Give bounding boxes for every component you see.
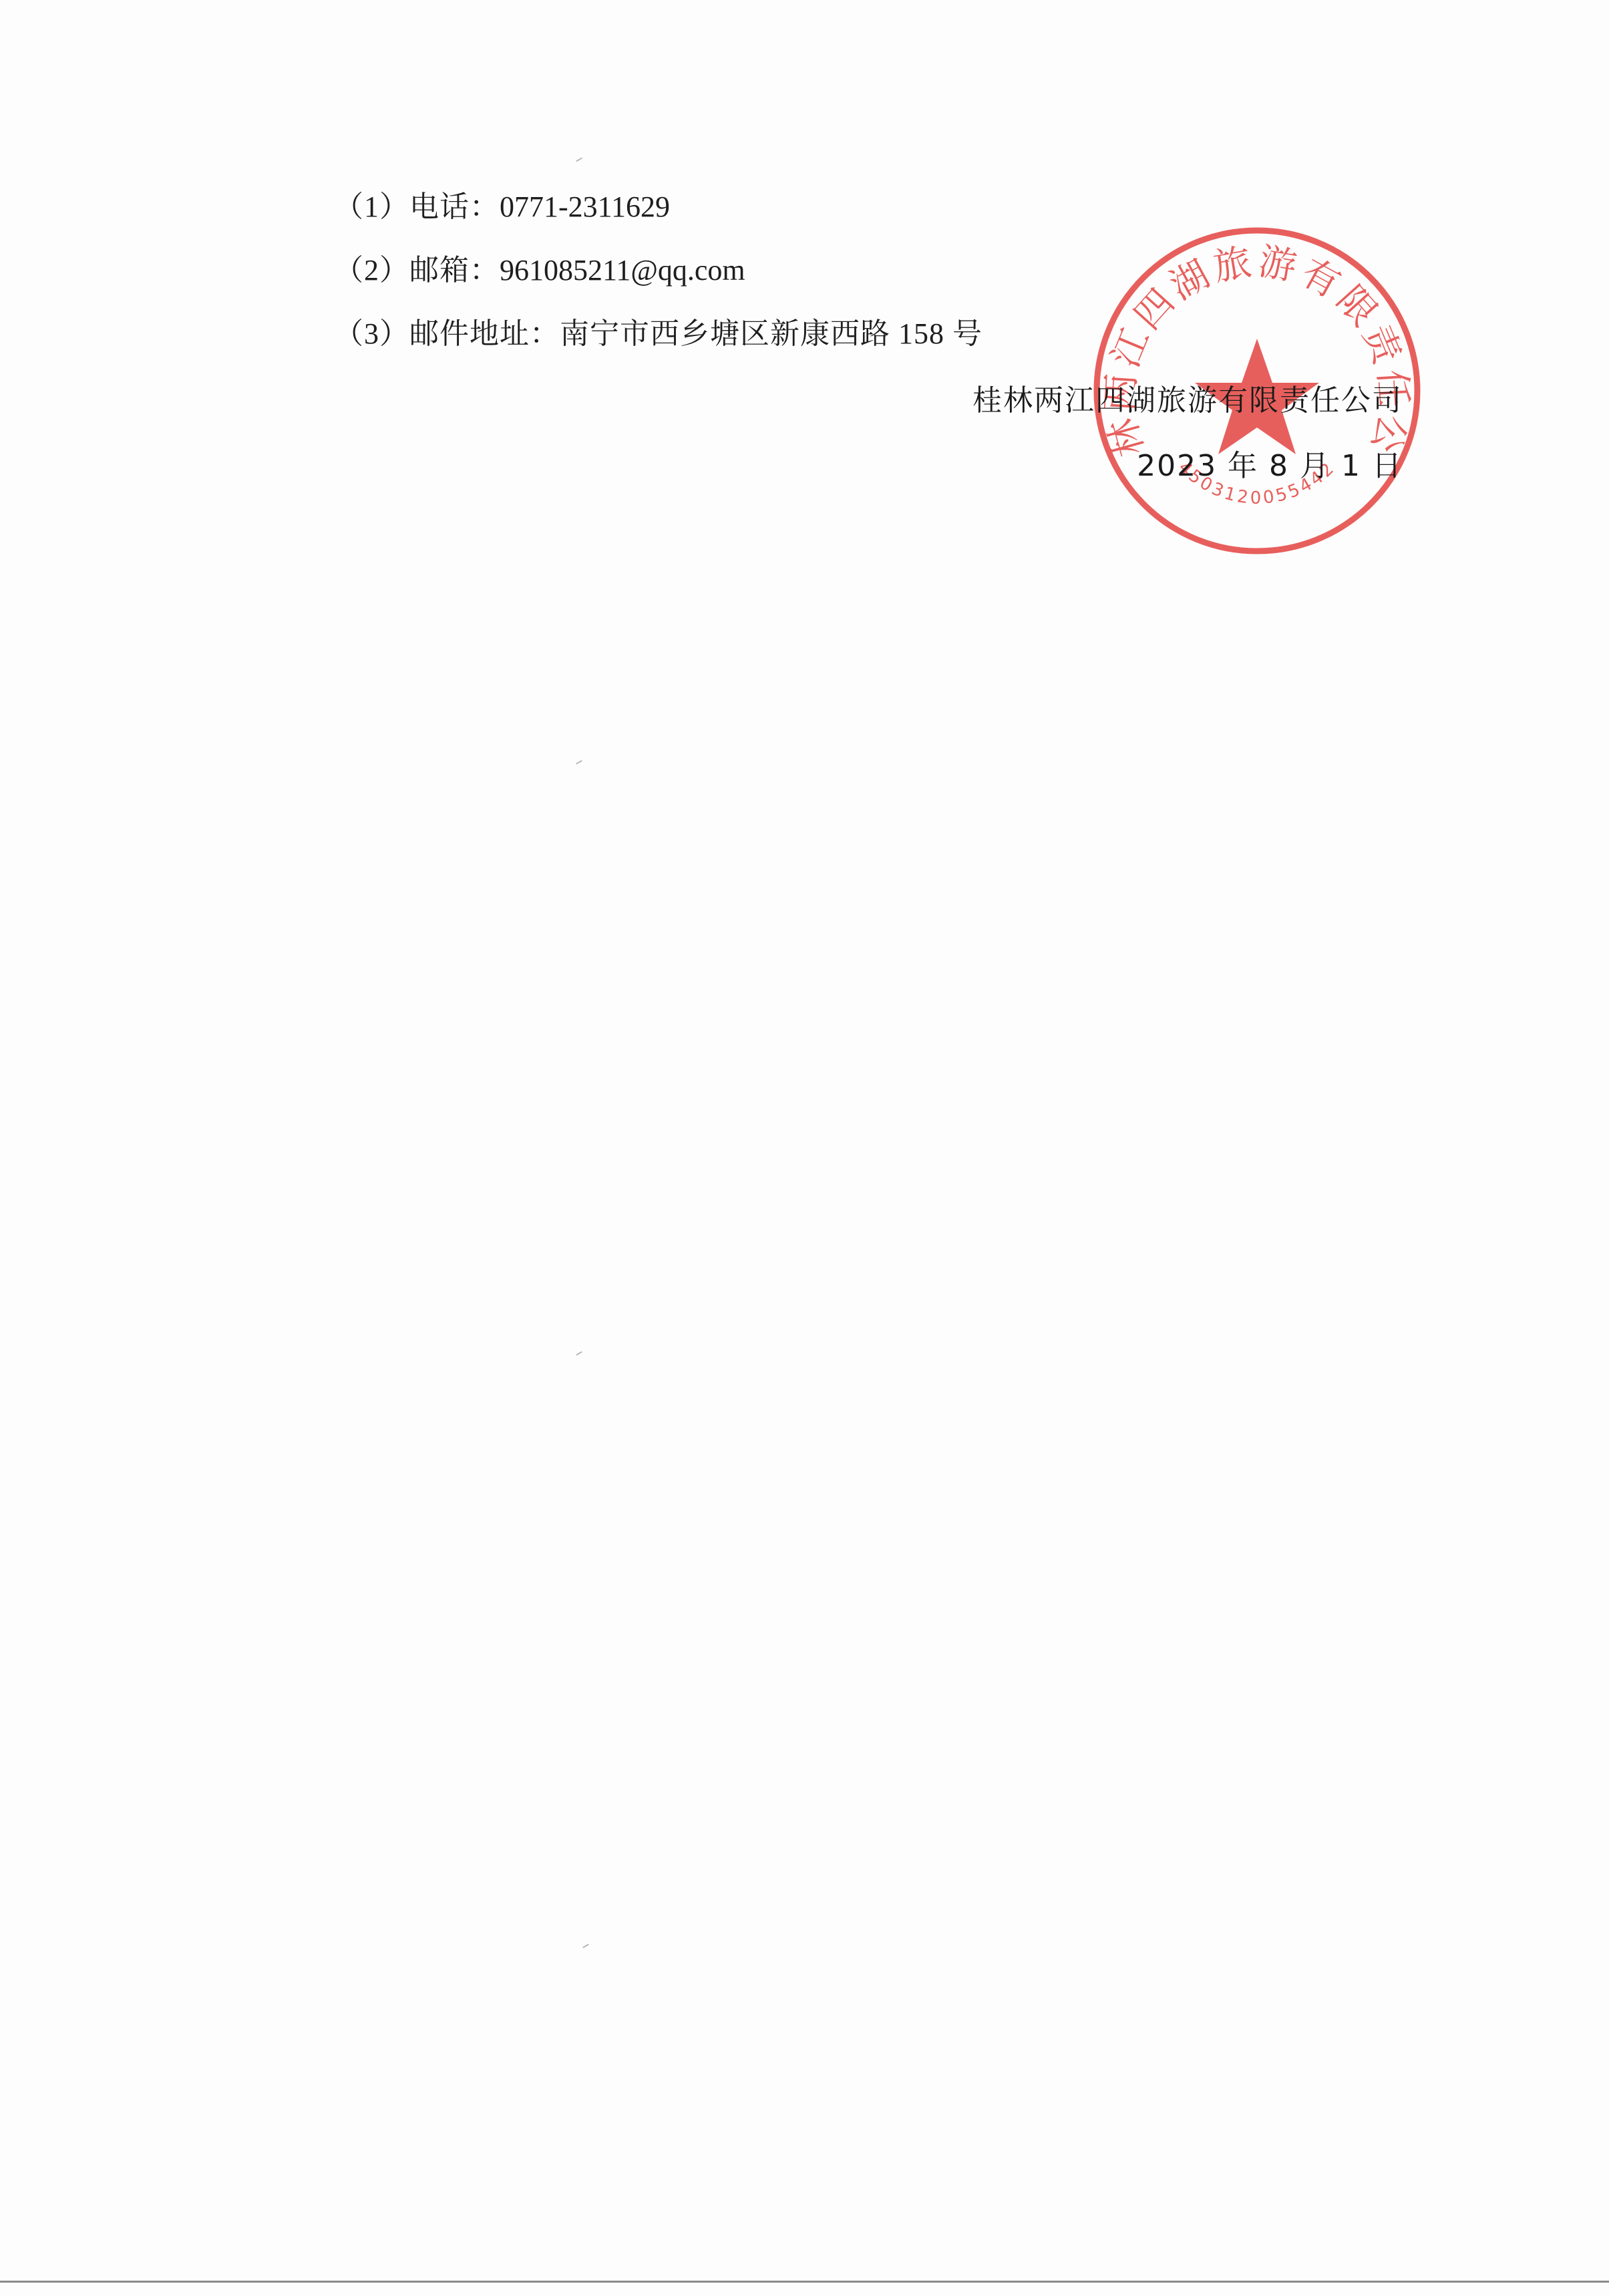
scan-speck <box>576 1351 582 1356</box>
email-index: （2） <box>334 254 409 287</box>
email-label: 邮箱： <box>409 254 500 287</box>
address-index: （3） <box>334 317 409 350</box>
scan-speck <box>582 1944 589 1949</box>
contact-phone: （1）电话：0771-2311629 <box>334 188 670 226</box>
email-value: 961085211@qq.com <box>500 254 745 287</box>
signature-date: 2023 年 8 月 1 日 <box>1137 448 1403 485</box>
phone-index: （1） <box>334 190 409 223</box>
contact-address: （3）邮件地址：南宁市西乡塘区新康西路 158 号 <box>334 315 982 353</box>
address-label: 邮件地址： <box>409 317 560 350</box>
phone-label: 电话： <box>409 190 500 223</box>
scan-speck <box>576 158 582 162</box>
phone-value: 0771-2311629 <box>500 190 670 223</box>
signature-company: 桂林两江四湖旅游有限责任公司 <box>972 382 1403 420</box>
scan-speck <box>576 760 582 765</box>
document-page: （1）电话：0771-2311629 （2）邮箱：961085211@qq.co… <box>0 0 1609 2296</box>
page-edge-line <box>0 2281 1609 2283</box>
address-value: 南宁市西乡塘区新康西路 158 号 <box>560 317 982 350</box>
contact-email: （2）邮箱：961085211@qq.com <box>334 252 745 289</box>
